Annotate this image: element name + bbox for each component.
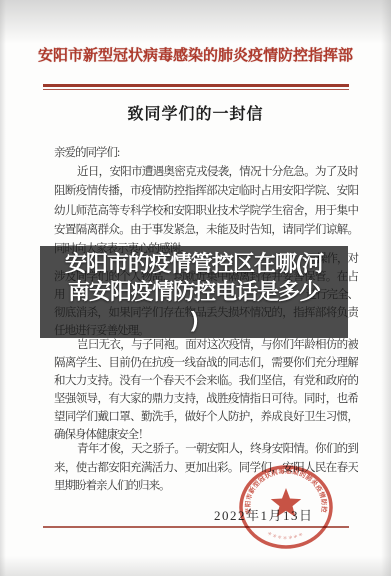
- letter-line: 和大力支持。没有一个春天不会来临。我们坚信，有党和政府的: [54, 372, 358, 390]
- letter-title: 致同学们的一封信: [0, 101, 391, 124]
- caption-line: ): [40, 306, 348, 334]
- paragraph-block-1: 亲爱的同学们: 近日，安阳市遭遇奥密克戎侵袭，情况十分危急。为了及时 阻断疫情传…: [54, 144, 358, 259]
- scan-shadow-left: [0, 0, 6, 576]
- letter-line: 岂曰无衣，与子同袍。面对这次疫情，与你们年龄相仿的被: [54, 336, 358, 354]
- official-seal: 安阳市新型冠状病毒感染的肺炎疫情防控指挥部 ＊＊＊＊＊＊＊: [236, 462, 336, 552]
- letter-line: 坚强领导，有大家的鼎力支持，战胜疫情指日可待。同时，也希: [54, 390, 358, 408]
- letter-line: 亲爱的同学们:: [54, 144, 358, 163]
- letter-line: 近日，安阳市遭遇奥密克戎侵袭，情况十分危急。为了及时: [54, 163, 358, 182]
- letter-line: 幼儿师范高等专科学校和安阳职业技术学院学生宿舍，用于集中: [54, 202, 358, 221]
- paragraph-block-3: 岂曰无衣，与子同袍。面对这次疫情，与你们年龄相仿的被 隔离学生、目前仍在抗疫一线…: [54, 336, 358, 444]
- header-divider-thick: [43, 84, 349, 87]
- scan-shadow-bottom: [0, 556, 391, 576]
- letter-line: 望同学们戴口罩、勤洗手，做好个人防护，养成良好卫生习惯，: [54, 408, 358, 426]
- scanned-letter-page: 安阳市新型冠状病毒感染的肺炎疫情防控指挥部 致同学们的一封信 亲爱的同学们: 近…: [0, 0, 391, 576]
- caption-line: 南安阳疫情防控电话是多少: [40, 278, 348, 306]
- org-title: 安阳市新型冠状病毒感染的肺炎疫情防控指挥部: [0, 44, 391, 65]
- letter-line: 阻断疫情传播，市疫情防控指挥部决定临时占用安阳学院、安阳: [54, 182, 358, 201]
- header-divider-thin: [43, 89, 349, 90]
- star-icon: [271, 488, 301, 517]
- caption-overlay: 安阳市的疫情管控区在哪(河 南安阳疫情防控电话是多少 ): [40, 246, 348, 338]
- svg-text:＊＊＊＊＊＊＊: ＊＊＊＊＊＊＊: [266, 531, 304, 541]
- scan-shadow-right: [381, 0, 391, 576]
- seal-bottom-marks: ＊＊＊＊＊＊＊: [266, 531, 304, 541]
- scan-shadow-top: [0, 0, 391, 44]
- letter-line: 安置隔离群众。由于事发紧急，未能及时告知，请同学们谅解。: [54, 221, 358, 240]
- letter-line: 隔离学生、目前仍在抗疫一线奋战的同志们，需要你们充分理解: [54, 354, 358, 372]
- letter-line: 青年才俊，天之骄子。一朝安阳人，终身安阳情。你们的到: [54, 440, 358, 459]
- caption-line: 安阳市的疫情管控区在哪(河: [40, 250, 348, 278]
